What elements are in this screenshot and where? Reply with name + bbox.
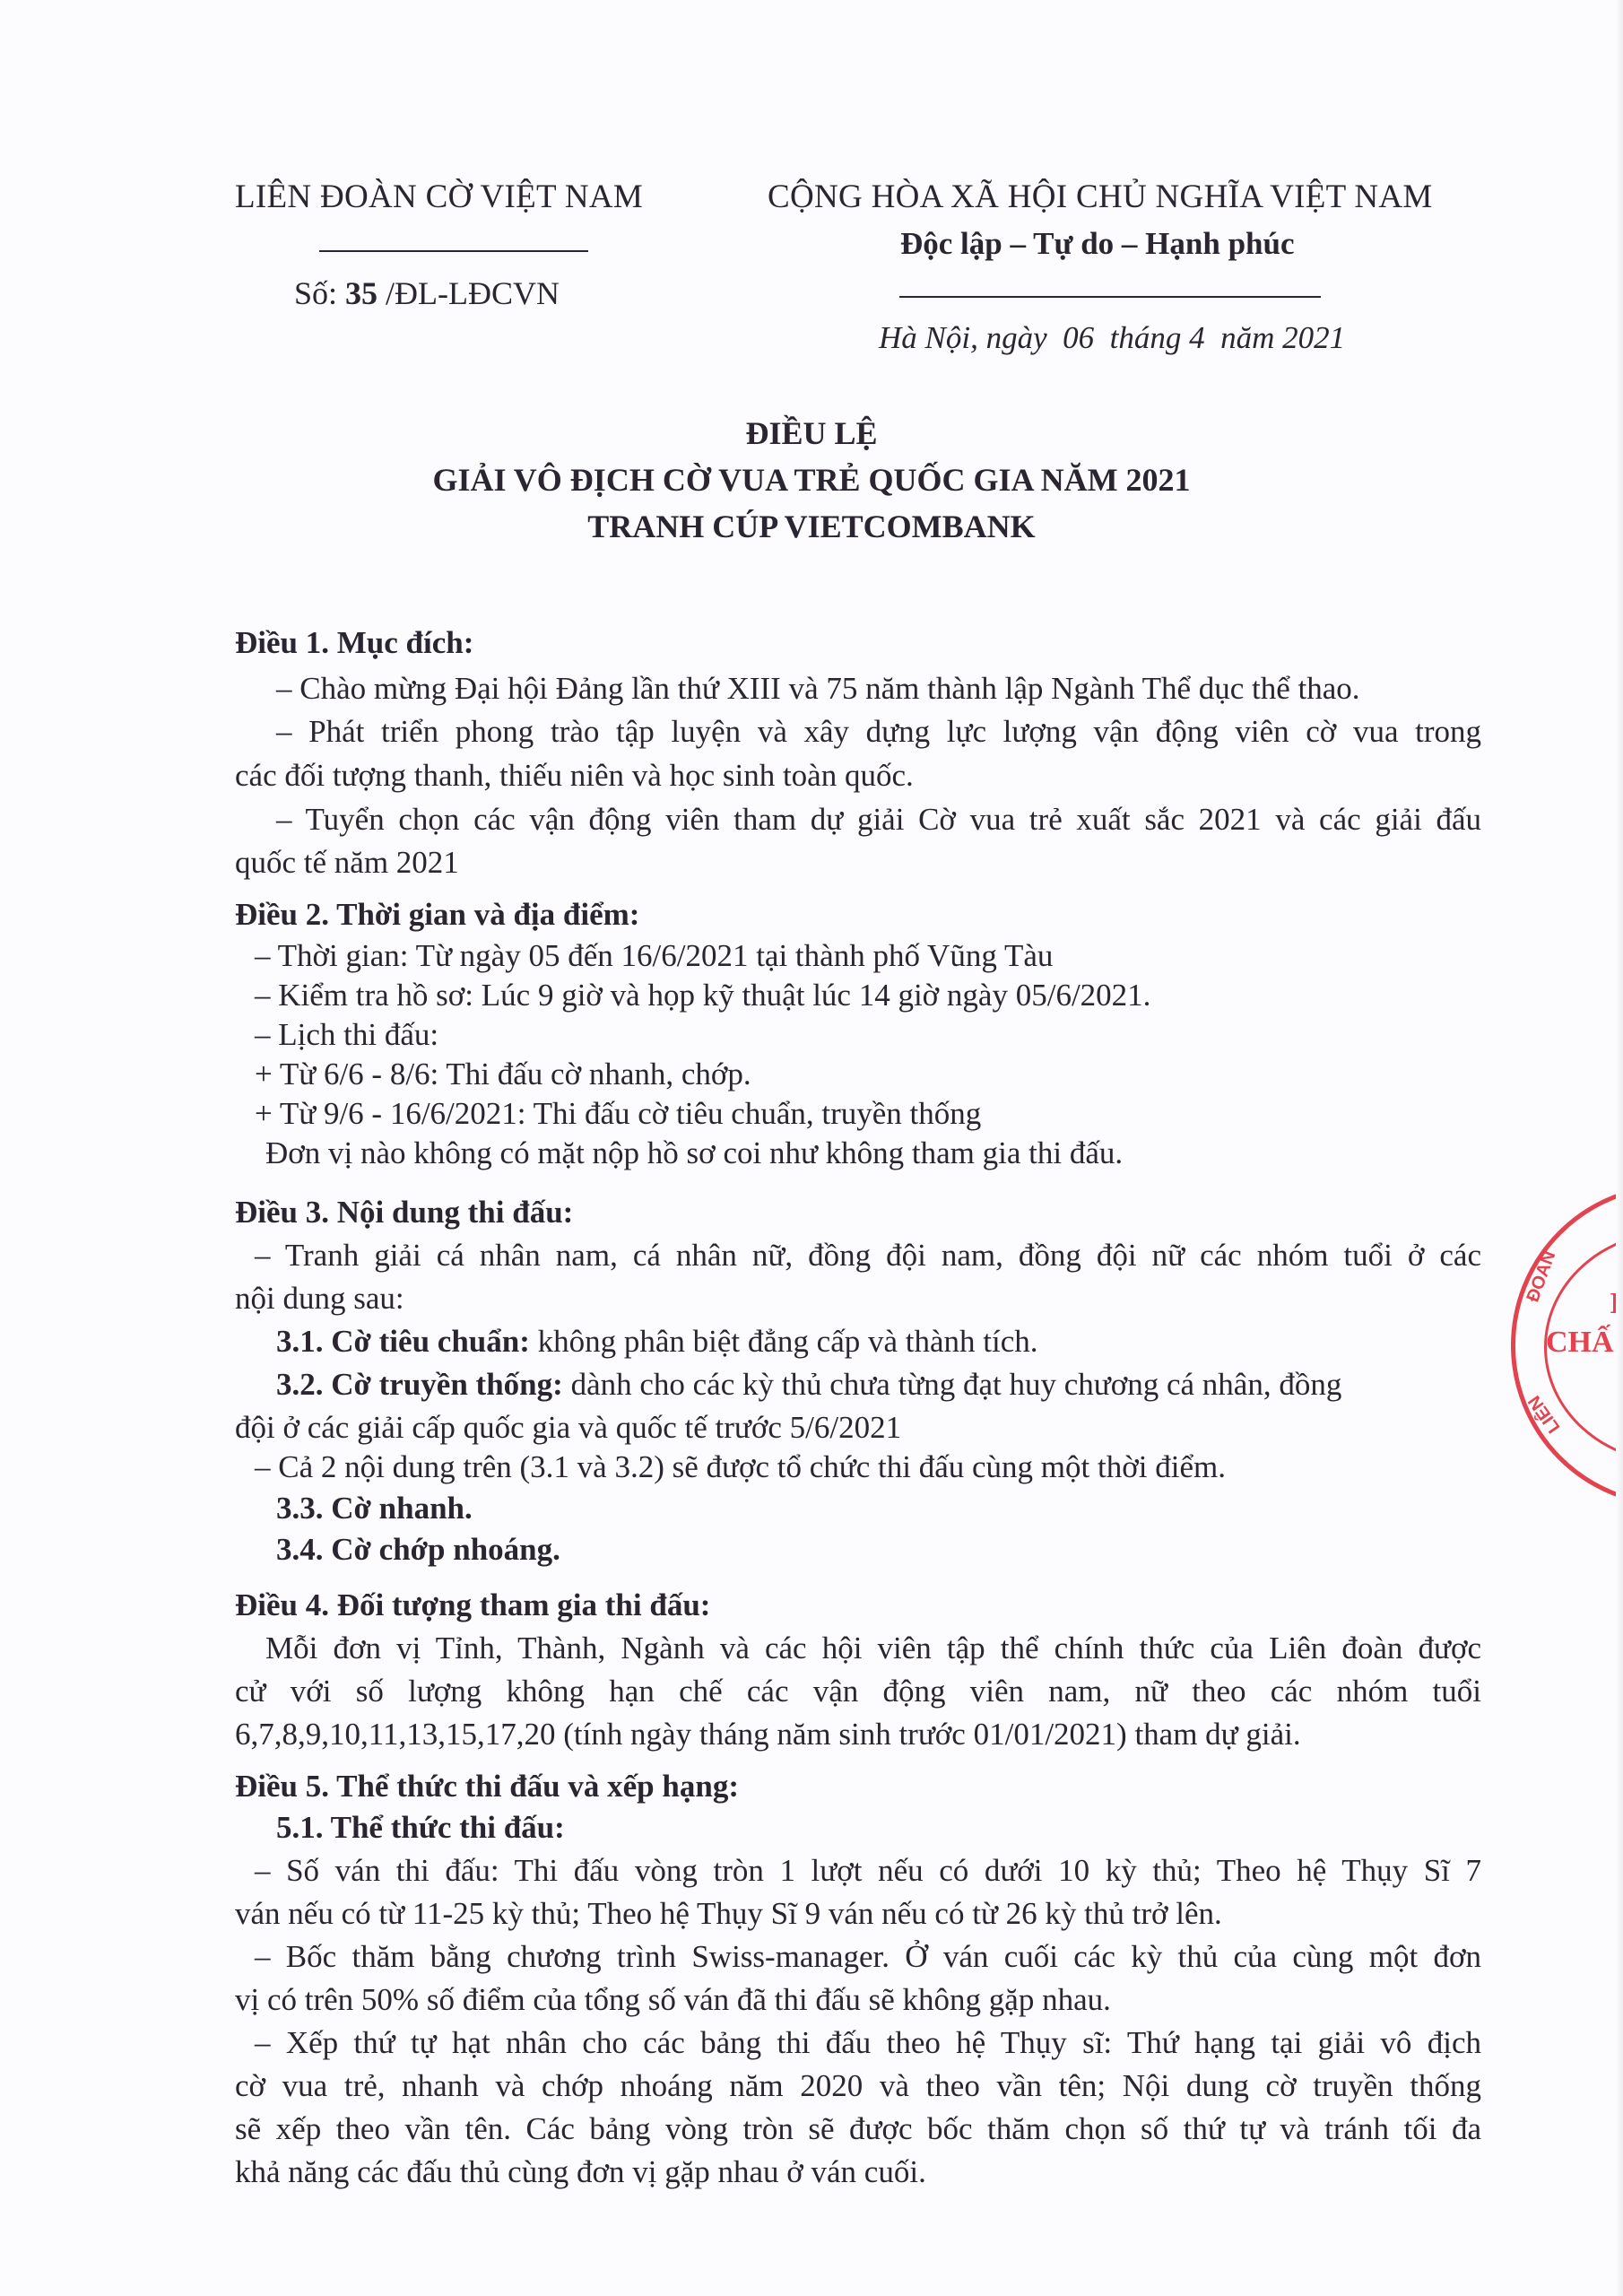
article-2-line: + Từ 9/6 - 16/6/2021: Thi đấu cờ tiêu ch… xyxy=(235,1096,1481,1132)
national-motto: Độc lập – Tự do – Hạnh phúc xyxy=(900,226,1295,262)
article-2-heading: Điều 2. Thời gian và địa điểm: xyxy=(235,897,1481,933)
article-5-line: vị có trên 50% số điểm của tổng số ván đ… xyxy=(235,1982,1481,2018)
article-3-2: 3.2. Cờ truyền thống: dành cho các kỳ th… xyxy=(235,1367,1481,1403)
article-2-line: – Lịch thi đấu: xyxy=(235,1017,1481,1053)
article-2-line: – Kiểm tra hồ sơ: Lúc 9 giờ và họp kỹ th… xyxy=(235,978,1481,1013)
scan-edge-shadow xyxy=(1616,0,1623,2296)
document-date: Hà Nội, ngày 06 tháng 4 năm 2021 xyxy=(879,320,1345,356)
article-2-line: + Từ 6/6 - 8/6: Thi đấu cờ nhanh, chớp. xyxy=(235,1057,1481,1092)
article-4-line: cử với số lượng không hạn chế các vận độ… xyxy=(235,1674,1481,1709)
article-3-4: 3.4. Cờ chớp nhoáng. xyxy=(235,1532,1481,1568)
article-3-3: 3.3. Cờ nhanh. xyxy=(235,1491,1481,1526)
article-5-line: – Số ván thi đấu: Thi đấu vòng tròn 1 lư… xyxy=(235,1853,1481,1889)
article-4-line: 6,7,8,9,10,11,13,15,17,20 (tính ngày thá… xyxy=(235,1717,1481,1752)
article-5-line: sẽ xếp theo vần tên. Các bảng vòng tròn … xyxy=(235,2111,1481,2147)
document-number: Số: 35 /ĐL-LĐCVN xyxy=(294,274,560,312)
document-subtitle: GIẢI VÔ ĐỊCH CỜ VUA TRẺ QUỐC GIA NĂM 202… xyxy=(0,461,1623,499)
article-1-line: – Chào mừng Đại hội Đảng lần thứ XIII và… xyxy=(235,671,1481,707)
article-1-line: quốc tế năm 2021 xyxy=(235,845,1481,881)
header-divider-right xyxy=(899,296,1321,298)
article-3-line: – Tranh giải cá nhân nam, cá nhân nữ, đồ… xyxy=(235,1238,1481,1274)
document-title: ĐIỀU LỆ xyxy=(0,414,1623,452)
article-3-2-text: dành cho các kỳ thủ chưa từng đạt huy ch… xyxy=(563,1367,1342,1402)
article-2-line: – Thời gian: Từ ngày 05 đến 16/6/2021 tạ… xyxy=(235,938,1481,974)
document-sponsor-line: TRANH CÚP VIETCOMBANK xyxy=(0,508,1623,545)
article-3-heading: Điều 3. Nội dung thi đấu: xyxy=(235,1195,1481,1231)
stamp-center-text-2: CHẤ xyxy=(1546,1326,1614,1360)
article-3-line: nội dung sau: xyxy=(235,1281,1481,1317)
organization-name: LIÊN ĐOÀN CỜ VIỆT NAM xyxy=(235,178,643,216)
article-4-line: Mỗi đơn vị Tỉnh, Thành, Ngành và các hội… xyxy=(235,1631,1481,1666)
doc-number-suffix: /ĐL-LĐCVN xyxy=(386,275,560,311)
article-3-line: đội ở các giải cấp quốc gia và quốc tế t… xyxy=(235,1410,1481,1446)
article-5-1-heading: 5.1. Thể thức thi đấu: xyxy=(235,1810,1481,1846)
article-5-line: ván nếu có từ 11-25 kỳ thủ; Theo hệ Thụy… xyxy=(235,1896,1481,1932)
article-2-line: Đơn vị nào không có mặt nộp hồ sơ coi nh… xyxy=(235,1135,1481,1171)
article-5-line: – Bốc thăm bằng chương trình Swiss-manag… xyxy=(235,1939,1481,1975)
article-1-line: các đối tượng thanh, thiếu niên và học s… xyxy=(235,758,1481,794)
article-3-1-text: không phân biệt đẳng cấp và thành tích. xyxy=(530,1324,1038,1359)
article-1-line: – Phát triển phong trào tập luyện và xây… xyxy=(235,714,1481,750)
article-1-line: – Tuyển chọn các vận động viên tham dự g… xyxy=(235,802,1481,838)
header-divider-left xyxy=(319,250,588,252)
article-5-line: cờ vua trẻ, nhanh và chớp nhoáng năm 202… xyxy=(235,2068,1481,2104)
article-5-heading: Điều 5. Thể thức thi đấu và xếp hạng: xyxy=(235,1769,1481,1805)
document-page: LIÊN ĐOÀN CỜ VIỆT NAM Số: 35 /ĐL-LĐCVN C… xyxy=(0,0,1623,2296)
article-3-line: – Cả 2 nội dung trên (3.1 và 3.2) sẽ đượ… xyxy=(235,1449,1481,1485)
article-1-heading: Điều 1. Mục đích: xyxy=(235,625,1481,661)
article-3-1-label: 3.1. Cờ tiêu chuẩn: xyxy=(276,1324,530,1359)
article-3-1: 3.1. Cờ tiêu chuẩn: không phân biệt đẳng… xyxy=(235,1324,1481,1360)
doc-number-prefix: Số: xyxy=(294,275,337,311)
article-5-line: – Xếp thứ tự hạt nhân cho các bảng thi đ… xyxy=(235,2025,1481,2061)
doc-number-value: 35 xyxy=(345,275,378,311)
nation-name: CỘNG HÒA XÃ HỘI CHỦ NGHĨA VIỆT NAM xyxy=(768,178,1433,216)
article-3-2-label: 3.2. Cờ truyền thống: xyxy=(276,1367,563,1402)
article-5-line: khả năng các đấu thủ cùng đơn vị gặp nha… xyxy=(235,2154,1481,2190)
article-4-heading: Điều 4. Đối tượng tham gia thi đấu: xyxy=(235,1587,1481,1623)
